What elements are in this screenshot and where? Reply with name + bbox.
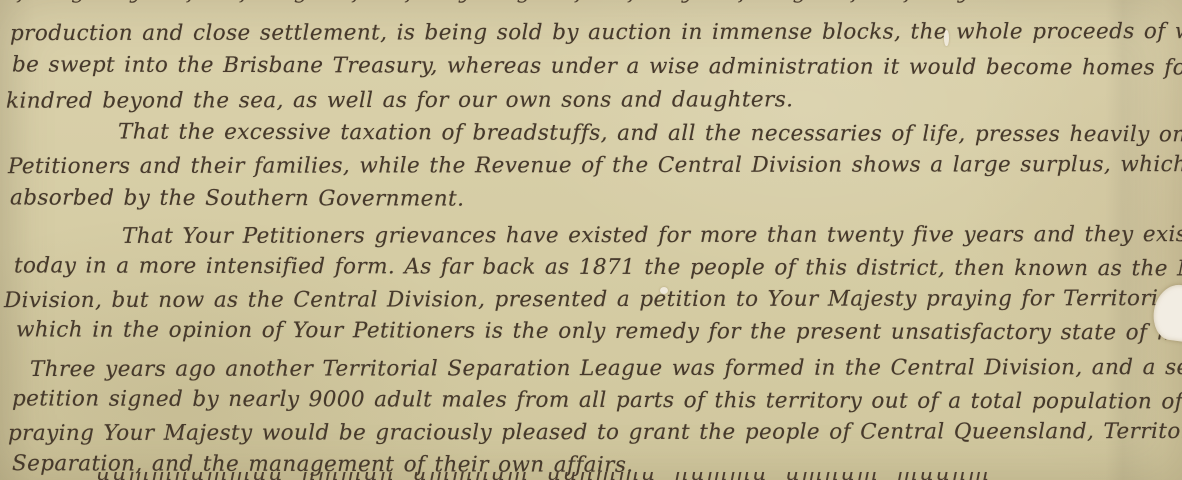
- petition-line-2: be swept into the Brisbane Treasury, whe…: [12, 52, 1182, 80]
- petition-line-1: production and close settlement, is bein…: [10, 19, 1182, 46]
- petition-line-10: which in the opinion of Your Petitioners…: [16, 317, 1182, 345]
- petition-line-13: praying Your Majesty would be graciously…: [8, 419, 1182, 446]
- petition-line-11: Three years ago another Territorial Sepa…: [30, 355, 1182, 382]
- petition-line-4: That the excessive taxation of breadstuf…: [118, 120, 1182, 148]
- paper-speck: [944, 30, 949, 46]
- cropped-bottom-line-fragment: uummnummuu nmmun ummnum uunmmu nummu umn…: [0, 472, 1182, 480]
- petition-line-7: That Your Petitioners grievances have ex…: [122, 222, 1182, 249]
- paper-speck: [660, 287, 668, 294]
- petition-line-8: today in a more intensified form. As far…: [14, 253, 1182, 281]
- cropped-top-line-fragment: f g y f ſ g f f y g ſ f y f g f f y: [0, 0, 1182, 17]
- petition-line-5: Petitioners and their families, while th…: [8, 152, 1182, 179]
- petition-line-9: Division, but now as the Central Divisio…: [4, 286, 1182, 313]
- petition-line-12: petition signed by nearly 9000 adult mal…: [12, 386, 1182, 414]
- petition-document-page: f g y f ſ g f f y g ſ f y f g f f y prod…: [0, 0, 1182, 480]
- petition-line-6: absorbed by the Southern Government.: [10, 185, 464, 211]
- top-fragment-strokes: f g y f ſ g f f y g ſ f y f g f f y: [18, 0, 976, 4]
- bottom-fragment-strokes: uummnummuu nmmun ummnum uunmmu nummu umn…: [96, 472, 991, 480]
- petition-line-3: kindred beyond the sea, as well as for o…: [6, 87, 793, 113]
